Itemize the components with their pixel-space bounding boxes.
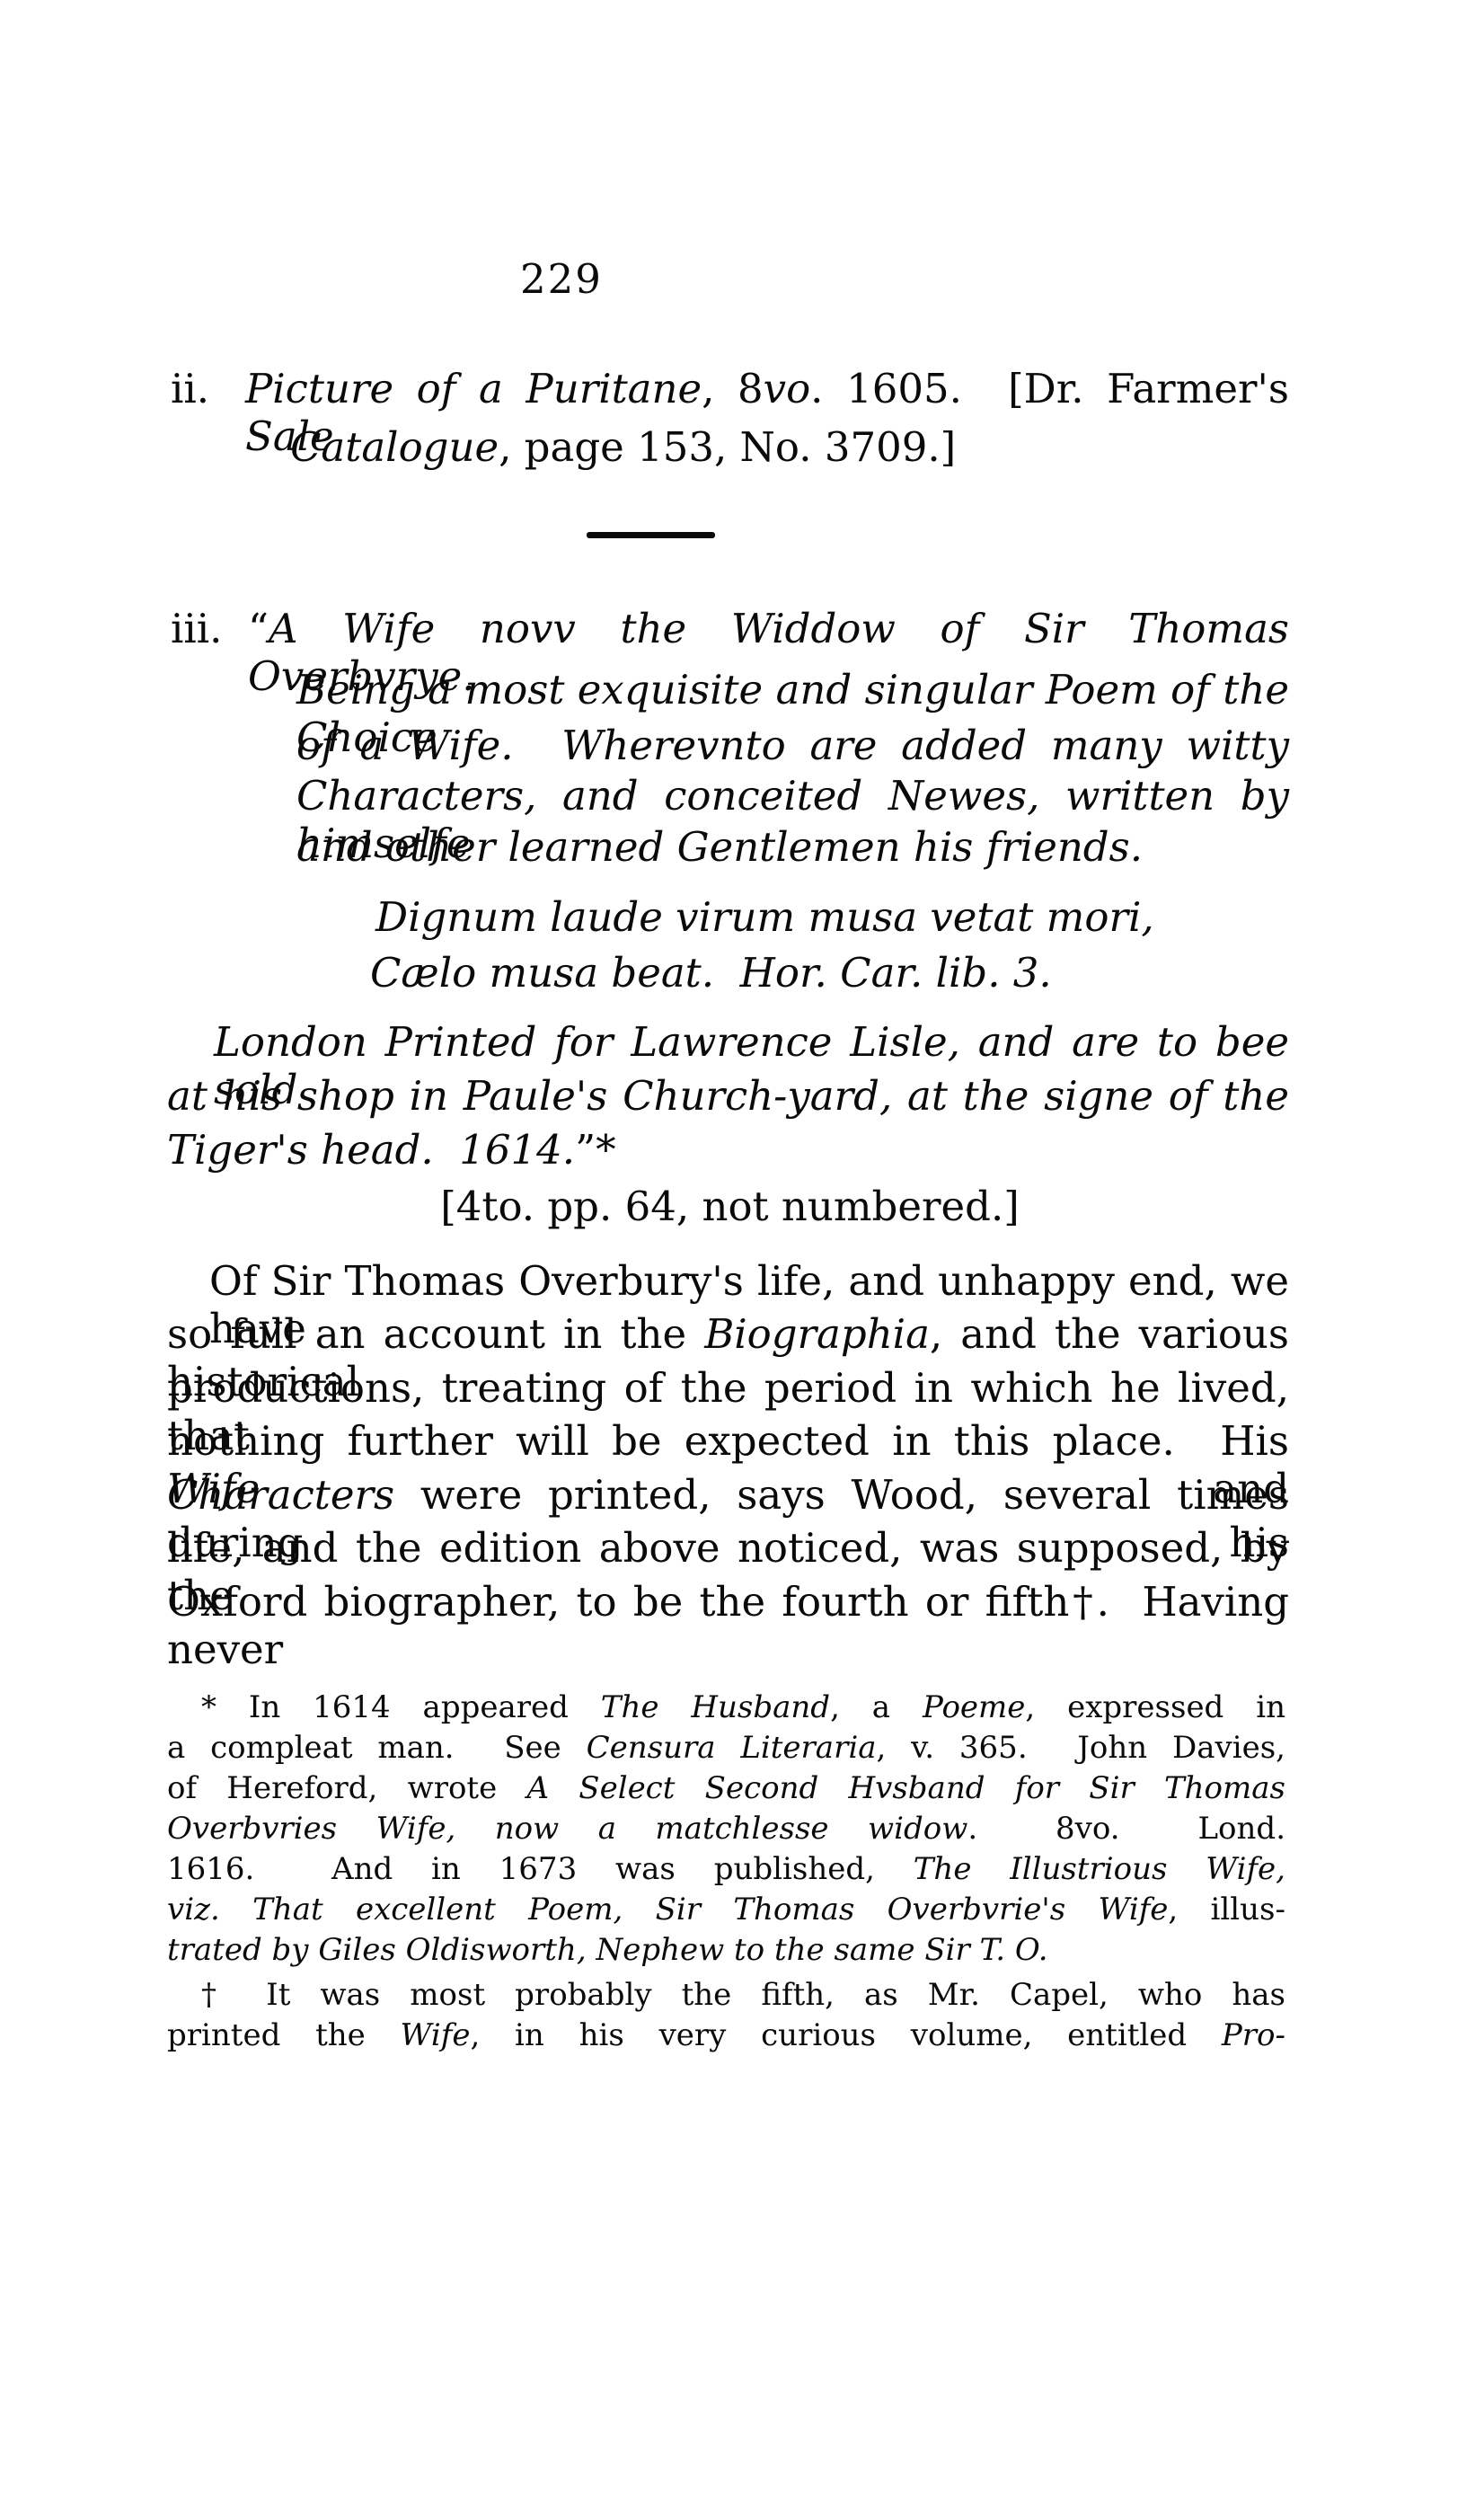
latin-quote-line-1: Dignum laude virum musa vetat mori, [375, 893, 1154, 941]
entry-iii-line-3: of a Wife. Wherevnto are added many witt… [296, 722, 1289, 769]
footnote-star-line-4: Overbvries Wife, now a matchlesse widow.… [167, 1811, 1285, 1847]
footnote-star-line-7: trated by Giles Oldisworth, Nephew to th… [167, 1932, 1048, 1968]
imprint-line-3: Tiger's head. 1614.”* [167, 1126, 616, 1174]
entry-ii-numeral: ii. [171, 365, 209, 412]
footnote-star-line-2: a compleat man. See Censura Literaria, v… [167, 1730, 1285, 1766]
entry-iii-numeral: iii. [171, 605, 222, 652]
entry-ii-line-2: Catalogue, page 153, No. 3709.] [290, 423, 956, 471]
footnote-star-line-3: of Hereford, wrote A Select Second Hvsba… [167, 1770, 1285, 1806]
latin-quote-line-2: Cælo musa beat. Hor. Car. lib. 3. [370, 949, 1052, 997]
section-divider-rule [587, 532, 715, 538]
footnote-star-line-5: 1616. And in 1673 was published, The Ill… [167, 1851, 1285, 1887]
page-number: 229 [512, 255, 611, 303]
footnote-star-line-1: * In 1614 appeared The Husband, a Poeme,… [201, 1689, 1285, 1725]
scanned-page: 229 ii. Picture of a Puritane, 8vo. 1605… [0, 0, 1484, 2508]
footnote-dagger-line-1: † It was most probably the fifth, as Mr.… [201, 1977, 1285, 2013]
imprint-line-2: at his shop in Paule's Church-yard, at t… [167, 1072, 1289, 1120]
paragraph-line-7: Oxford biographer, to be the fourth or f… [167, 1578, 1289, 1673]
collation-note: [4to. pp. 64, not numbered.] [171, 1183, 1289, 1230]
entry-iii-line-5: and other learned Gentlemen his friends. [296, 823, 1143, 871]
footnote-dagger-line-2: printed the Wife, in his very curious vo… [167, 2017, 1285, 2053]
footnote-star-line-6: viz. That excellent Poem, Sir Thomas Ove… [167, 1892, 1285, 1928]
